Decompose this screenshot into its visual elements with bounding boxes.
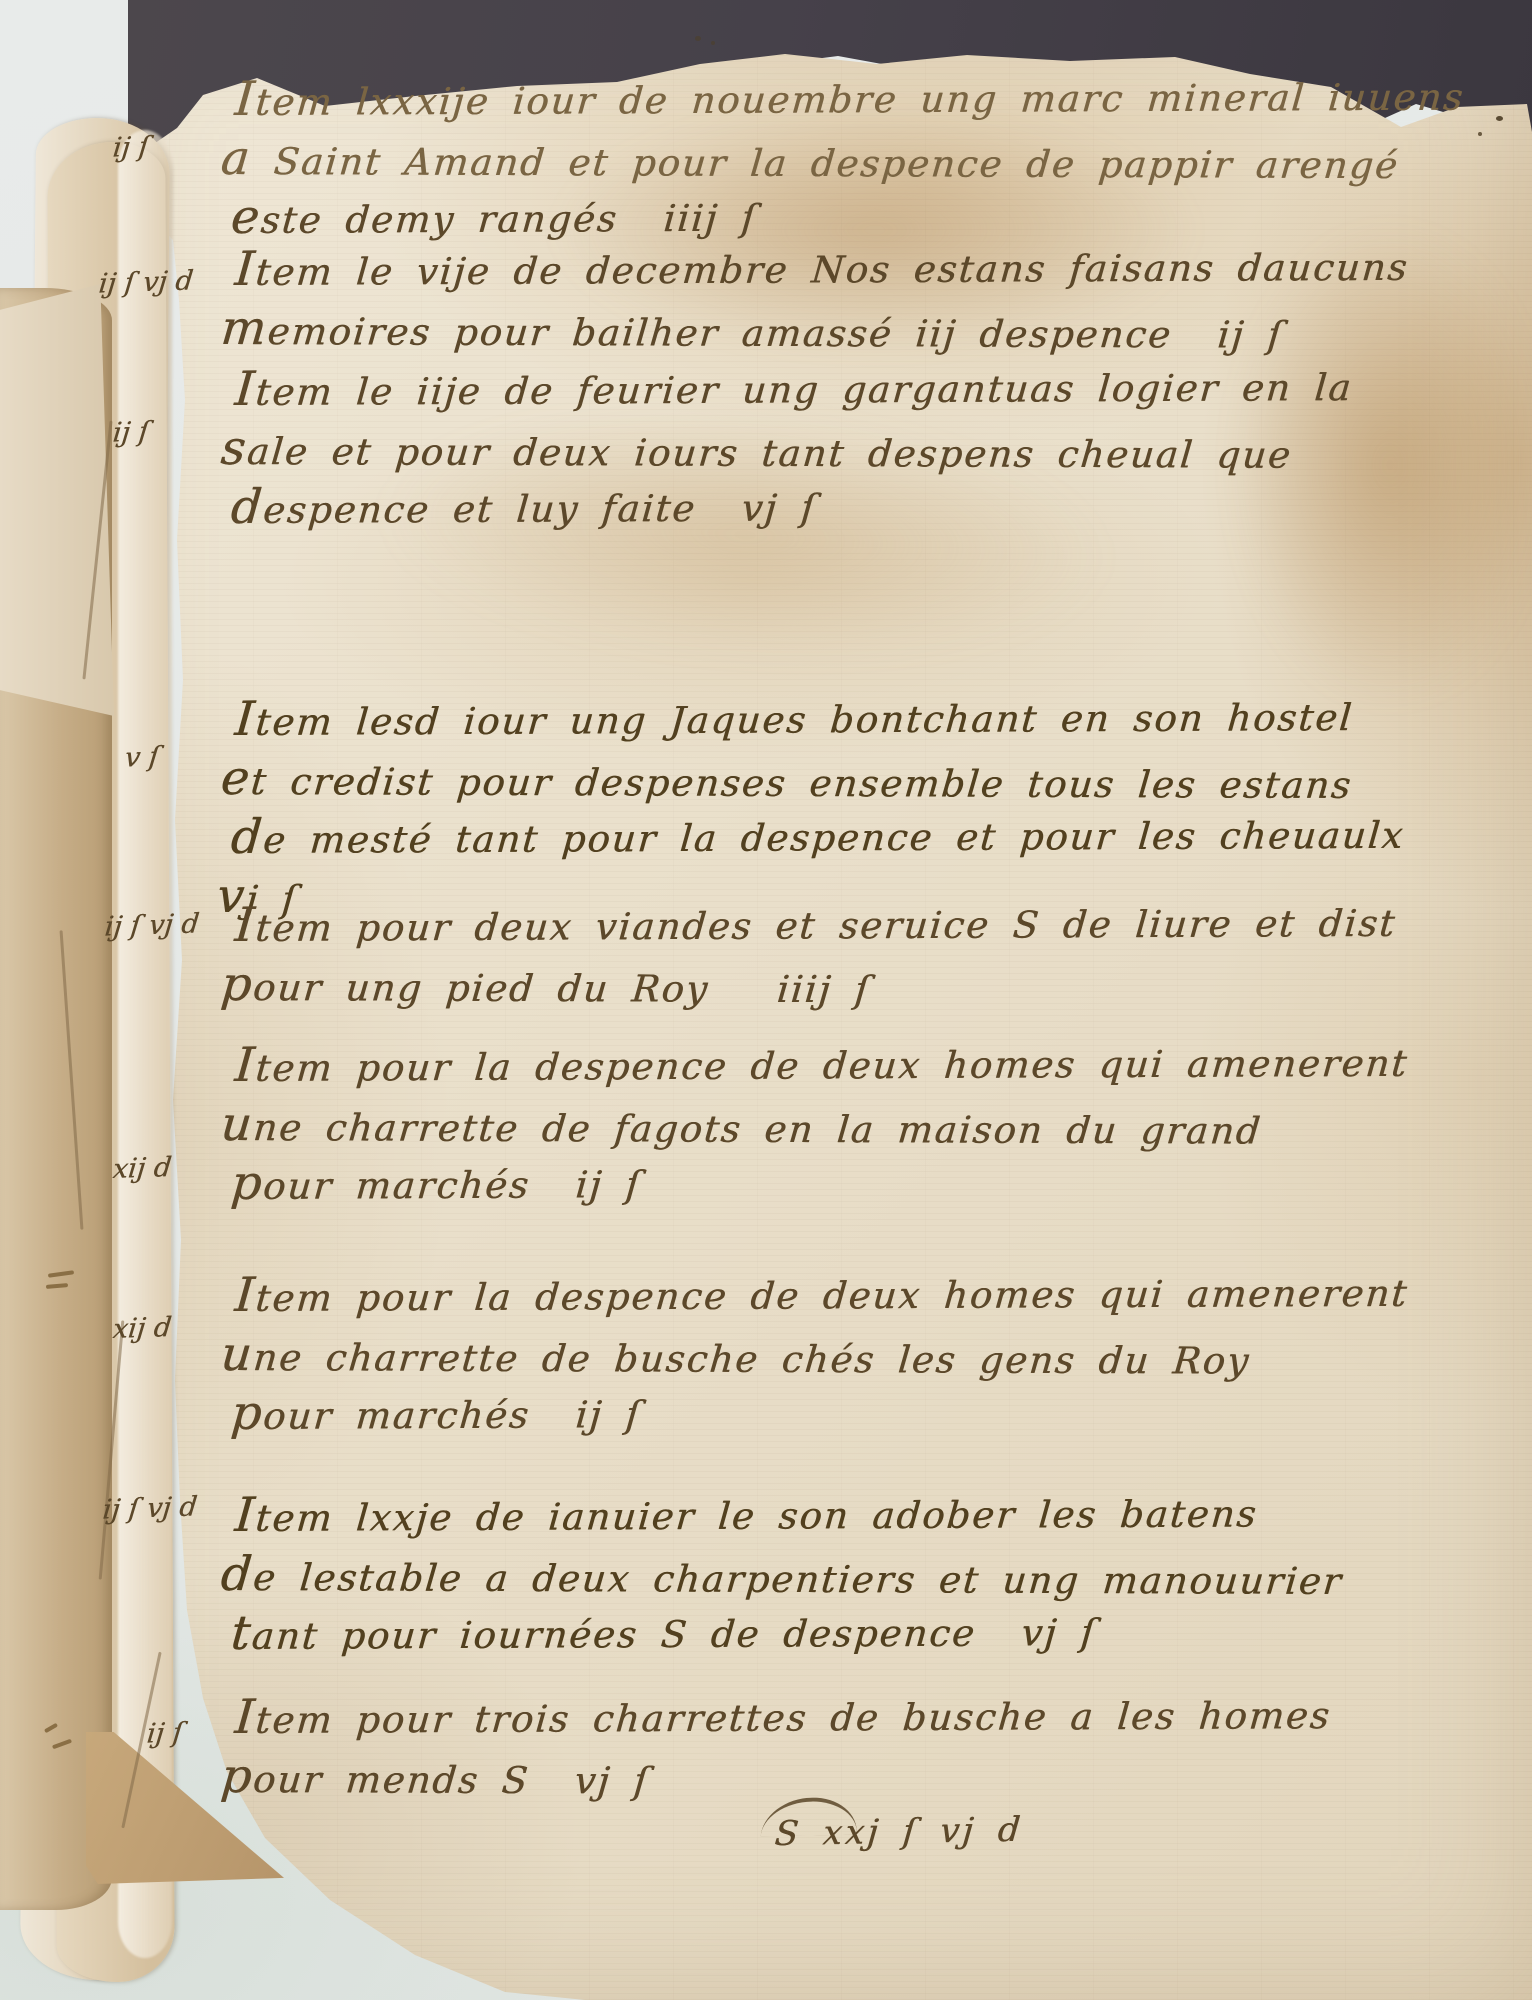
manuscript-text-line: pour mends S vj ſ bbox=[218, 1749, 1487, 1812]
ledger-entry: ij ſ vj d Item le vije de decembre Nos e… bbox=[235, 242, 1485, 360]
entry-lines: Item le vije de decembre Nos estans fais… bbox=[235, 242, 1485, 360]
manuscript-text-line: Item pour trois charrettes de busche a l… bbox=[233, 1685, 1488, 1749]
margin-amount: ij ſ bbox=[111, 416, 150, 448]
fore-edge-ink-mark bbox=[46, 1283, 68, 1289]
margin-amount: v ſ bbox=[123, 741, 160, 773]
manuscript-text-line: Item pour deux viandes et seruice S de l… bbox=[233, 893, 1488, 957]
manuscript-text-line: tant pour iournées S de despence vj ſ bbox=[229, 1601, 1488, 1665]
manuscript-text-line: pour marchés ij ſ bbox=[229, 1151, 1488, 1215]
ledger-entry: ij ſ Item lxxxije iour de nouembre ung m… bbox=[235, 72, 1485, 249]
manuscript-text-line: de mesté tant pour la despence et pour l… bbox=[229, 805, 1488, 869]
manuscript-text-line: Item pour la despence de deux homes qui … bbox=[233, 1033, 1488, 1097]
fore-edge-ink-mark bbox=[48, 1270, 74, 1278]
page-corner-wedge-top bbox=[0, 284, 114, 716]
fore-edge-ink-mark bbox=[52, 1739, 72, 1750]
ledger-entry: xij d Item pour la despence de deux home… bbox=[235, 1268, 1485, 1445]
fore-edge-ink-mark bbox=[44, 1723, 58, 1733]
entry-lines: Item lxxxije iour de nouembre ung marc m… bbox=[235, 72, 1485, 249]
entry-lines: Item lxxje de ianuier le son adober les … bbox=[235, 1488, 1485, 1665]
paper-crease bbox=[60, 930, 84, 1229]
ledger-entry: xij d Item pour la despence de deux home… bbox=[235, 1038, 1485, 1215]
page-edge-strip bbox=[0, 288, 112, 1910]
margin-amount: ij ſ vj d bbox=[103, 908, 200, 942]
ledger-entry: ij ſ Item le iije de feurier ung gargant… bbox=[235, 362, 1485, 539]
ink-speck bbox=[695, 36, 701, 41]
entry-lines: Item pour la despence de deux homes qui … bbox=[235, 1038, 1485, 1215]
entry-lines: Item le iije de feurier ung gargantuas l… bbox=[235, 362, 1485, 539]
manuscript-text-line: Item le iije de feurier ung gargantuas l… bbox=[233, 357, 1488, 421]
text-layer: ij ſ Item lxxxije iour de nouembre ung m… bbox=[235, 0, 1485, 2000]
manuscript-photo: ij ſ Item lxxxije iour de nouembre ung m… bbox=[0, 0, 1532, 2000]
entry-lines: Item pour deux viandes et seruice S de l… bbox=[235, 898, 1485, 1016]
paper-crease bbox=[82, 421, 112, 680]
manuscript-text-line: memoires pour bailher amassé iij despenc… bbox=[218, 301, 1487, 364]
margin-amount: ij ſ bbox=[145, 1717, 184, 1749]
manuscript-text-line: Item lxxje de ianuier le son adober les … bbox=[233, 1483, 1488, 1547]
manuscript-text-line: Item lxxxije iour de nouembre ung marc m… bbox=[233, 67, 1488, 131]
entry-lines: Item pour la despence de deux homes qui … bbox=[235, 1268, 1485, 1445]
margin-amount: ij ſ bbox=[111, 131, 150, 163]
manuscript-text-line: pour ung pied du Roy iiij ſ bbox=[218, 957, 1487, 1020]
paper-crease bbox=[99, 1320, 125, 1579]
margin-amount: xij d bbox=[111, 1312, 173, 1345]
manuscript-text-line: Item pour la despence de deux homes qui … bbox=[233, 1263, 1488, 1327]
page-edge-strip bbox=[47, 142, 175, 1983]
ledger-entry: ij ſ vj d Item lxxje de ianuier le son a… bbox=[235, 1488, 1485, 1665]
ink-speck bbox=[1478, 132, 1482, 136]
page-edge-highlight bbox=[118, 130, 172, 1958]
margin-amount: ij ſ vj d bbox=[97, 265, 194, 299]
sum-total: S xxj ſ vj d bbox=[773, 1810, 1024, 1854]
manuscript-text-line: pour marchés ij ſ bbox=[229, 1381, 1488, 1445]
page-edge-strip bbox=[20, 117, 170, 1980]
manuscript-text-line: despence et luy faite vj ſ bbox=[229, 475, 1488, 539]
ink-speck bbox=[1496, 116, 1503, 121]
ink-speck bbox=[711, 41, 715, 45]
manuscript-text-line: Item le vije de decembre Nos estans fais… bbox=[233, 237, 1488, 301]
margin-amount: ij ſ vj d bbox=[101, 1491, 198, 1525]
manuscript-text-line: Item lesd iour ung Jaques bontchant en s… bbox=[233, 687, 1488, 751]
margin-amount: xij d bbox=[111, 1152, 173, 1185]
entry-lines: Item pour trois charrettes de busche a l… bbox=[235, 1690, 1485, 1808]
ledger-entry: ij ſ vj d Item pour deux viandes et seru… bbox=[235, 898, 1485, 1016]
ledger-entry: ij ſ Item pour trois charrettes de busch… bbox=[235, 1690, 1485, 1808]
